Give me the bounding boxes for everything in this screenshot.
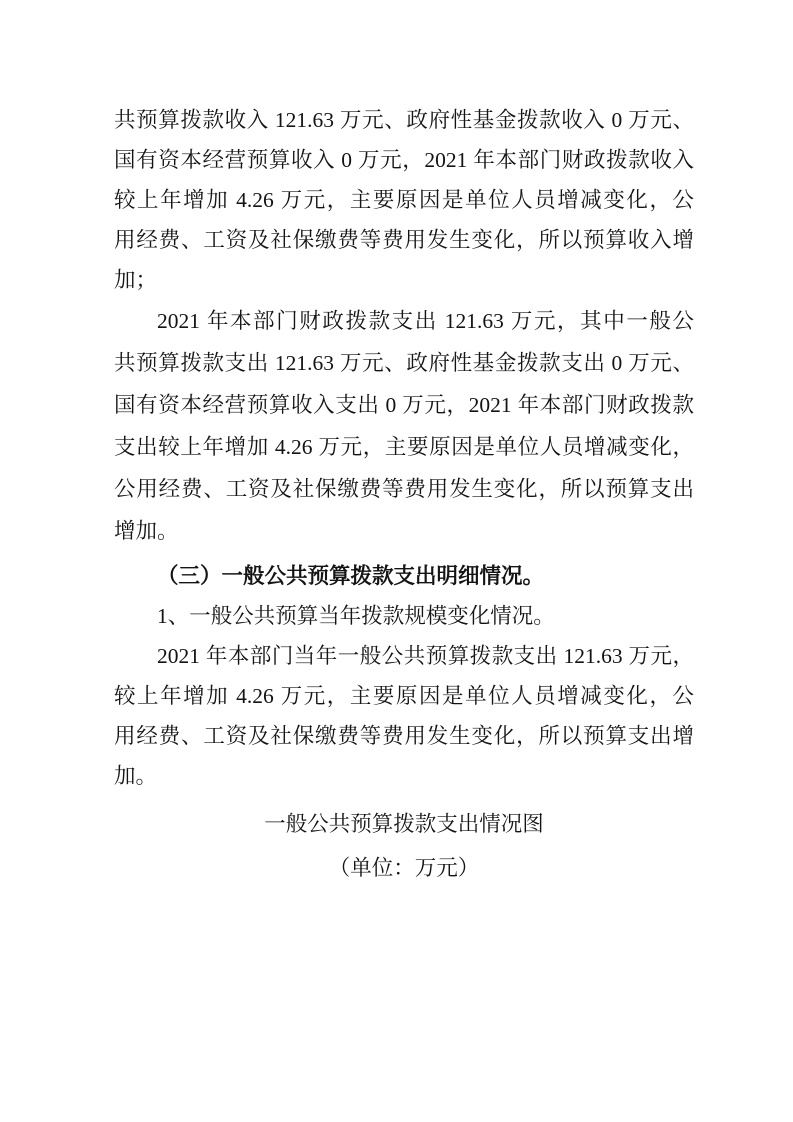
text-line: 增加。 — [114, 510, 694, 552]
text-line: 较上年增加 4.26 万元，主要原因是单位人员增减变化，公 — [114, 180, 694, 220]
paragraph-fiscal-expenditure: 2021 年本部门财政拨款支出 121.63 万元，其中一般公 共预算拨款支出 … — [114, 300, 694, 552]
text-line: 加； — [114, 260, 694, 300]
paragraph-budget-change: 2021 年本部门当年一般公共预算拨款支出 121.63 万元， 较上年增加 4… — [114, 636, 694, 796]
document-page: 共预算拨款收入 121.63 万元、政府性基金拨款收入 0 万元、 国有资本经营… — [0, 0, 793, 1122]
figure-unit-label: （单位：万元） — [114, 846, 694, 890]
text-line: 国有资本经营预算收入 0 万元，2021 年本部门财政拨款收入 — [114, 140, 694, 180]
text-line: 2021 年本部门当年一般公共预算拨款支出 121.63 万元， — [114, 636, 694, 676]
text-line: 共预算拨款收入 121.63 万元、政府性基金拨款收入 0 万元、 — [114, 100, 694, 140]
text-line: 用经费、工资及社保缴费等费用发生变化，所以预算支出增 — [114, 716, 694, 756]
text-line: 较上年增加 4.26 万元，主要原因是单位人员增减变化，公 — [114, 676, 694, 716]
text-line: 加。 — [114, 756, 694, 796]
text-line: 国有资本经营预算收入支出 0 万元，2021 年本部门财政拨款 — [114, 384, 694, 426]
text-line: 共预算拨款支出 121.63 万元、政府性基金拨款支出 0 万元、 — [114, 342, 694, 384]
text-line: 用经费、工资及社保缴费等费用发生变化，所以预算收入增 — [114, 220, 694, 260]
text-line: 2021 年本部门财政拨款支出 121.63 万元，其中一般公 — [114, 300, 694, 342]
subsection-title: 1、一般公共预算当年拨款规模变化情况。 — [114, 596, 694, 636]
section-heading: （三）一般公共预算拨款支出明细情况。 — [114, 556, 694, 596]
figure-title: 一般公共预算拨款支出情况图 — [114, 802, 694, 846]
text-line: 支出较上年增加 4.26 万元，主要原因是单位人员增减变化， — [114, 426, 694, 468]
paragraph-fiscal-income-continuation: 共预算拨款收入 121.63 万元、政府性基金拨款收入 0 万元、 国有资本经营… — [114, 100, 694, 300]
text-line: 公用经费、工资及社保缴费等费用发生变化，所以预算支出 — [114, 468, 694, 510]
